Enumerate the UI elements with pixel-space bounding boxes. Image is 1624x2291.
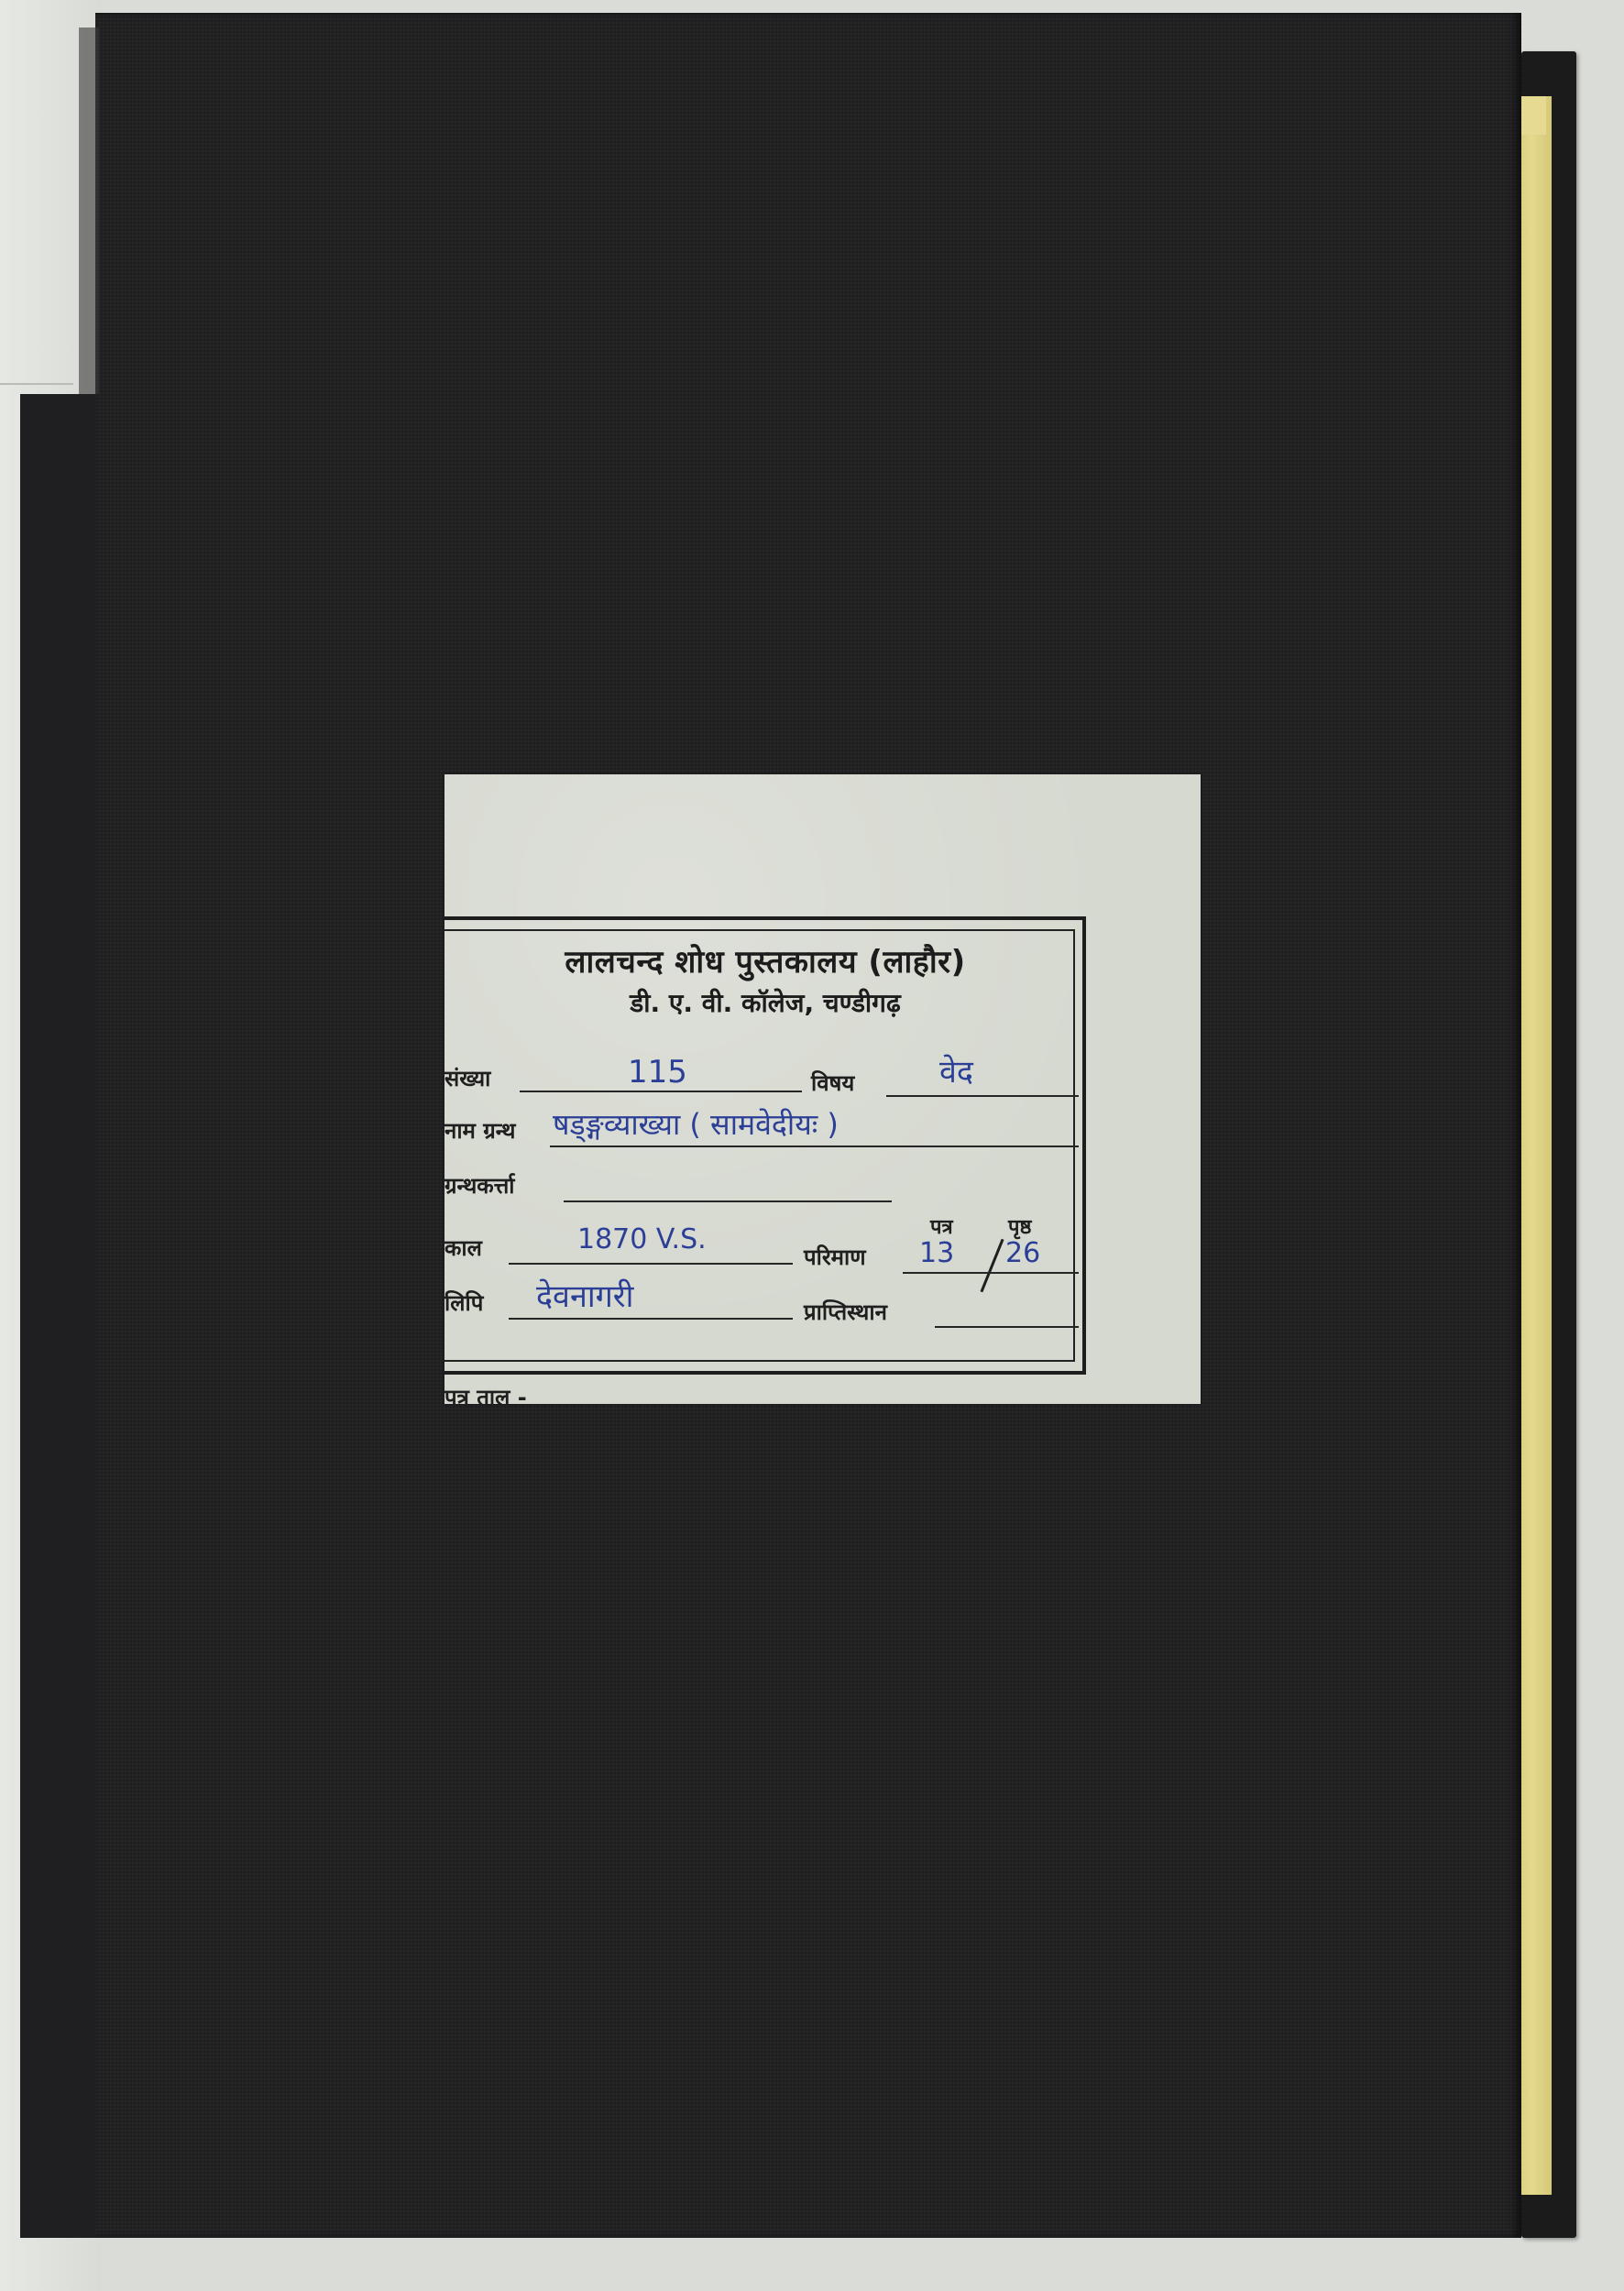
page-block-top-step: [1519, 96, 1546, 135]
naam-granth-value: षड्ङ्गव्याख्या ( सामवेदीयः ): [553, 1104, 839, 1144]
prishth-label: पृष्ठ: [1008, 1212, 1031, 1240]
library-name: लालचन्द शोध पुस्तकालय (लाहौर): [444, 939, 1086, 981]
background-paper-edge: [0, 383, 73, 385]
cover-lower-left-edge: [20, 394, 97, 2238]
granthkarta-line: [564, 1200, 892, 1202]
vishay-value: वेद: [939, 1049, 973, 1091]
praptisthan-line: [935, 1326, 1079, 1328]
granthkarta-label: ग्रन्थकर्त्ता: [444, 1170, 515, 1200]
lipi-line: [509, 1318, 793, 1320]
cover-shadow: [79, 27, 99, 394]
patra-value: 13: [919, 1237, 954, 1269]
vishay-line: [886, 1095, 1079, 1097]
cut-off-text: पत्र ताल -: [444, 1379, 527, 1404]
naam-granth-label: नाम ग्रन्थ: [444, 1115, 516, 1145]
kaal-line: [509, 1263, 793, 1265]
kaal-label: काल: [444, 1233, 482, 1263]
kaal-value: 1870 V.S.: [577, 1223, 707, 1255]
prishth-value: 26: [1005, 1237, 1040, 1269]
catalog-label: लालचन्द शोध पुस्तकालय (लाहौर) डी. ए. वी.…: [444, 774, 1201, 1404]
praptisthan-label: प्राप्तिस्थान: [804, 1297, 887, 1327]
patra-label: पत्र: [930, 1212, 953, 1240]
lipi-value: देवनागरी: [536, 1274, 634, 1316]
vishay-label: विषय: [811, 1068, 854, 1098]
sankhya-label: संख्या: [444, 1063, 490, 1093]
sankhya-value: 115: [628, 1054, 687, 1091]
lipi-label: लिपि: [444, 1288, 483, 1318]
pariman-line: [903, 1272, 1079, 1274]
pariman-label: परिमाण: [804, 1242, 866, 1272]
sankhya-line: [520, 1091, 802, 1092]
page-block-edge: [1519, 96, 1552, 2195]
college-name: डी. ए. वी. कॉलेज, चण्डीगढ़: [444, 985, 1086, 1020]
naam-granth-line: [550, 1145, 1079, 1147]
